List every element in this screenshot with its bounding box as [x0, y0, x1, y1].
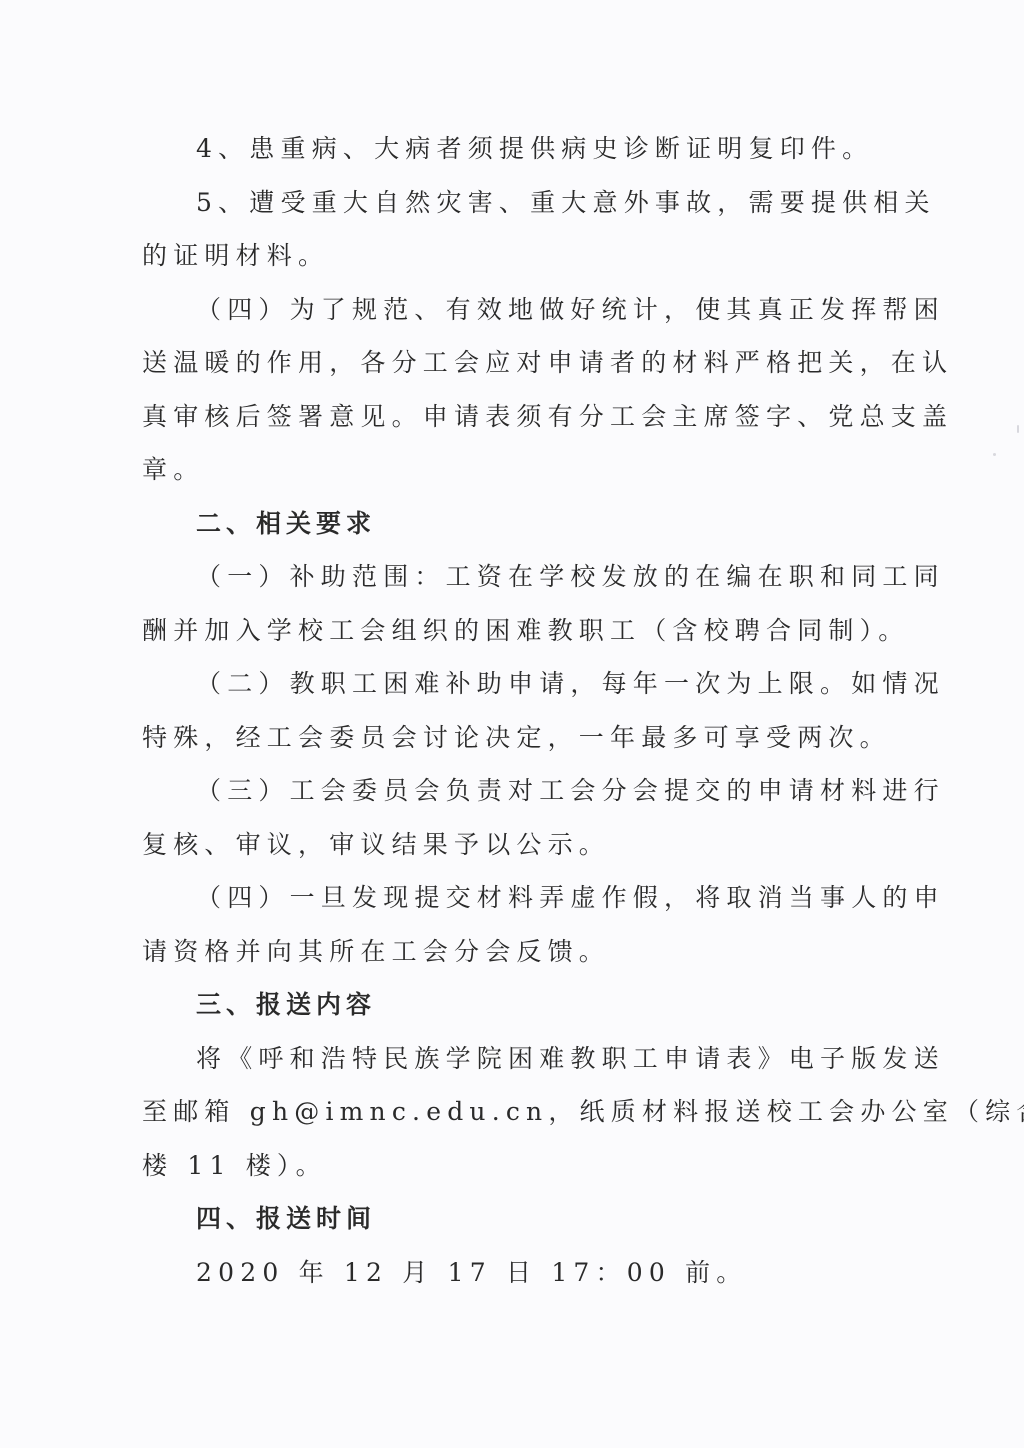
deadline-line: 2020 年 12 月 17 日 17：00 前。	[142, 1246, 858, 1300]
item-5-line-1: 5、遭受重大自然灾害、重大意外事故，需要提供相关	[142, 176, 858, 230]
point-4-line-1: （四）为了规范、有效地做好统计，使其真正发挥帮困	[142, 283, 858, 337]
item-4-line: 4、患重病、大病者须提供病史诊断证明复印件。	[142, 122, 858, 176]
point-4-line-4: 章。	[142, 443, 858, 497]
scan-speck	[993, 453, 996, 456]
requirement-3-line-1: （三）工会委员会负责对工会分会提交的申请材料进行	[142, 764, 858, 818]
requirement-1-line-1: （一）补助范围：工资在学校发放的在编在职和同工同	[142, 550, 858, 604]
requirement-2-line-2: 特殊，经工会委员会讨论决定，一年最多可享受两次。	[142, 711, 858, 765]
requirement-3-line-2: 复核、审议，审议结果予以公示。	[142, 818, 858, 872]
item-5-line-2: 的证明材料。	[142, 229, 858, 283]
requirement-4-line-2: 请资格并向其所在工会分会反馈。	[142, 925, 858, 979]
document-page: 4、患重病、大病者须提供病史诊断证明复印件。 5、遭受重大自然灾害、重大意外事故…	[142, 122, 858, 1299]
scan-edge-mark	[1017, 425, 1019, 433]
requirement-2-line-1: （二）教职工困难补助申请，每年一次为上限。如情况	[142, 657, 858, 711]
section-heading-submission-content: 三、报送内容	[142, 978, 858, 1032]
point-4-line-2: 送温暖的作用，各分工会应对申请者的材料严格把关，在认	[142, 336, 858, 390]
requirement-1-line-2: 酬并加入学校工会组织的困难教职工（含校聘合同制）。	[142, 604, 858, 658]
requirement-4-line-1: （四）一旦发现提交材料弄虚作假，将取消当事人的申	[142, 871, 858, 925]
point-4-line-3: 真审核后签署意见。申请表须有分工会主席签字、党总支盖	[142, 390, 858, 444]
submission-line-3: 楼 11 楼）。	[142, 1139, 858, 1193]
submission-line-2: 至邮箱 gh@imnc.edu.cn，纸质材料报送校工会办公室（综合	[142, 1085, 858, 1139]
submission-line-1: 将《呼和浩特民族学院困难教职工申请表》电子版发送	[142, 1032, 858, 1086]
section-heading-requirements: 二、相关要求	[142, 497, 858, 551]
section-heading-submission-time: 四、报送时间	[142, 1192, 858, 1246]
